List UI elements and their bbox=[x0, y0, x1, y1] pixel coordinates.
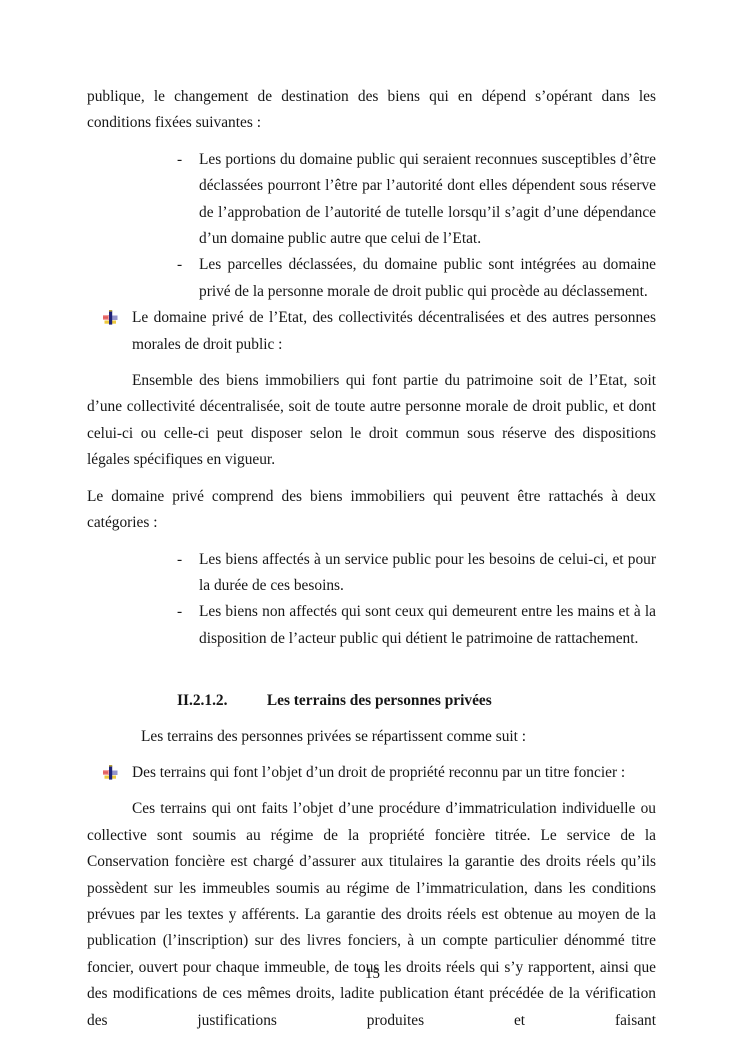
list-item-text: Les portions du domaine public qui serai… bbox=[199, 151, 656, 247]
dash-marker: - bbox=[177, 599, 182, 625]
list-item: - Les portions du domaine public qui ser… bbox=[87, 147, 656, 253]
list-item: - Les parcelles déclassées, du domaine p… bbox=[87, 252, 656, 305]
paragraph-intro: publique, le changement de destination d… bbox=[87, 84, 656, 137]
word-plus-bullet-icon bbox=[102, 310, 119, 326]
paragraph-categories: Le domaine privé comprend des biens immo… bbox=[87, 484, 656, 537]
bullet-item-titre-foncier: Des terrains qui font l’objet d’un droit… bbox=[87, 760, 656, 786]
dash-marker: - bbox=[177, 147, 182, 173]
bullet-item-text: Le domaine privé de l’Etat, des collecti… bbox=[132, 309, 656, 352]
list-item: - Les biens non affectés qui sont ceux q… bbox=[87, 599, 656, 652]
paragraph-ces-terrains: Ces terrains qui ont faits l’objet d’une… bbox=[87, 796, 656, 1034]
dash-list-declassement: - Les portions du domaine public qui ser… bbox=[87, 147, 656, 305]
section-heading: II.2.1.2. Les terrains des personnes pri… bbox=[87, 688, 656, 714]
bullet-item-text: Des terrains qui font l’objet d’un droit… bbox=[132, 764, 625, 781]
word-plus-bullet-icon bbox=[102, 765, 119, 781]
list-item-text: Les biens affectés à un service public p… bbox=[199, 551, 656, 594]
list-item-text: Les biens non affectés qui sont ceux qui… bbox=[199, 603, 656, 646]
section-heading-title: Les terrains des personnes privées bbox=[267, 692, 492, 709]
page-content: publique, le changement de destination d… bbox=[87, 84, 656, 1034]
list-item: - Les biens affectés à un service public… bbox=[87, 547, 656, 600]
document-page: publique, le changement de destination d… bbox=[0, 0, 745, 1053]
list-item-text: Les parcelles déclassées, du domaine pub… bbox=[199, 256, 656, 299]
dash-marker: - bbox=[177, 252, 182, 278]
dash-list-categories: - Les biens affectés à un service public… bbox=[87, 547, 656, 653]
section-heading-number: II.2.1.2. bbox=[177, 688, 263, 714]
dash-marker: - bbox=[177, 547, 182, 573]
bullet-item-domaine-prive: Le domaine privé de l’Etat, des collecti… bbox=[87, 305, 656, 358]
paragraph-ensemble: Ensemble des biens immobiliers qui font … bbox=[87, 368, 656, 474]
page-number: 15 bbox=[0, 966, 745, 983]
paragraph-repartissent: Les terrains des personnes privées se ré… bbox=[87, 724, 656, 750]
